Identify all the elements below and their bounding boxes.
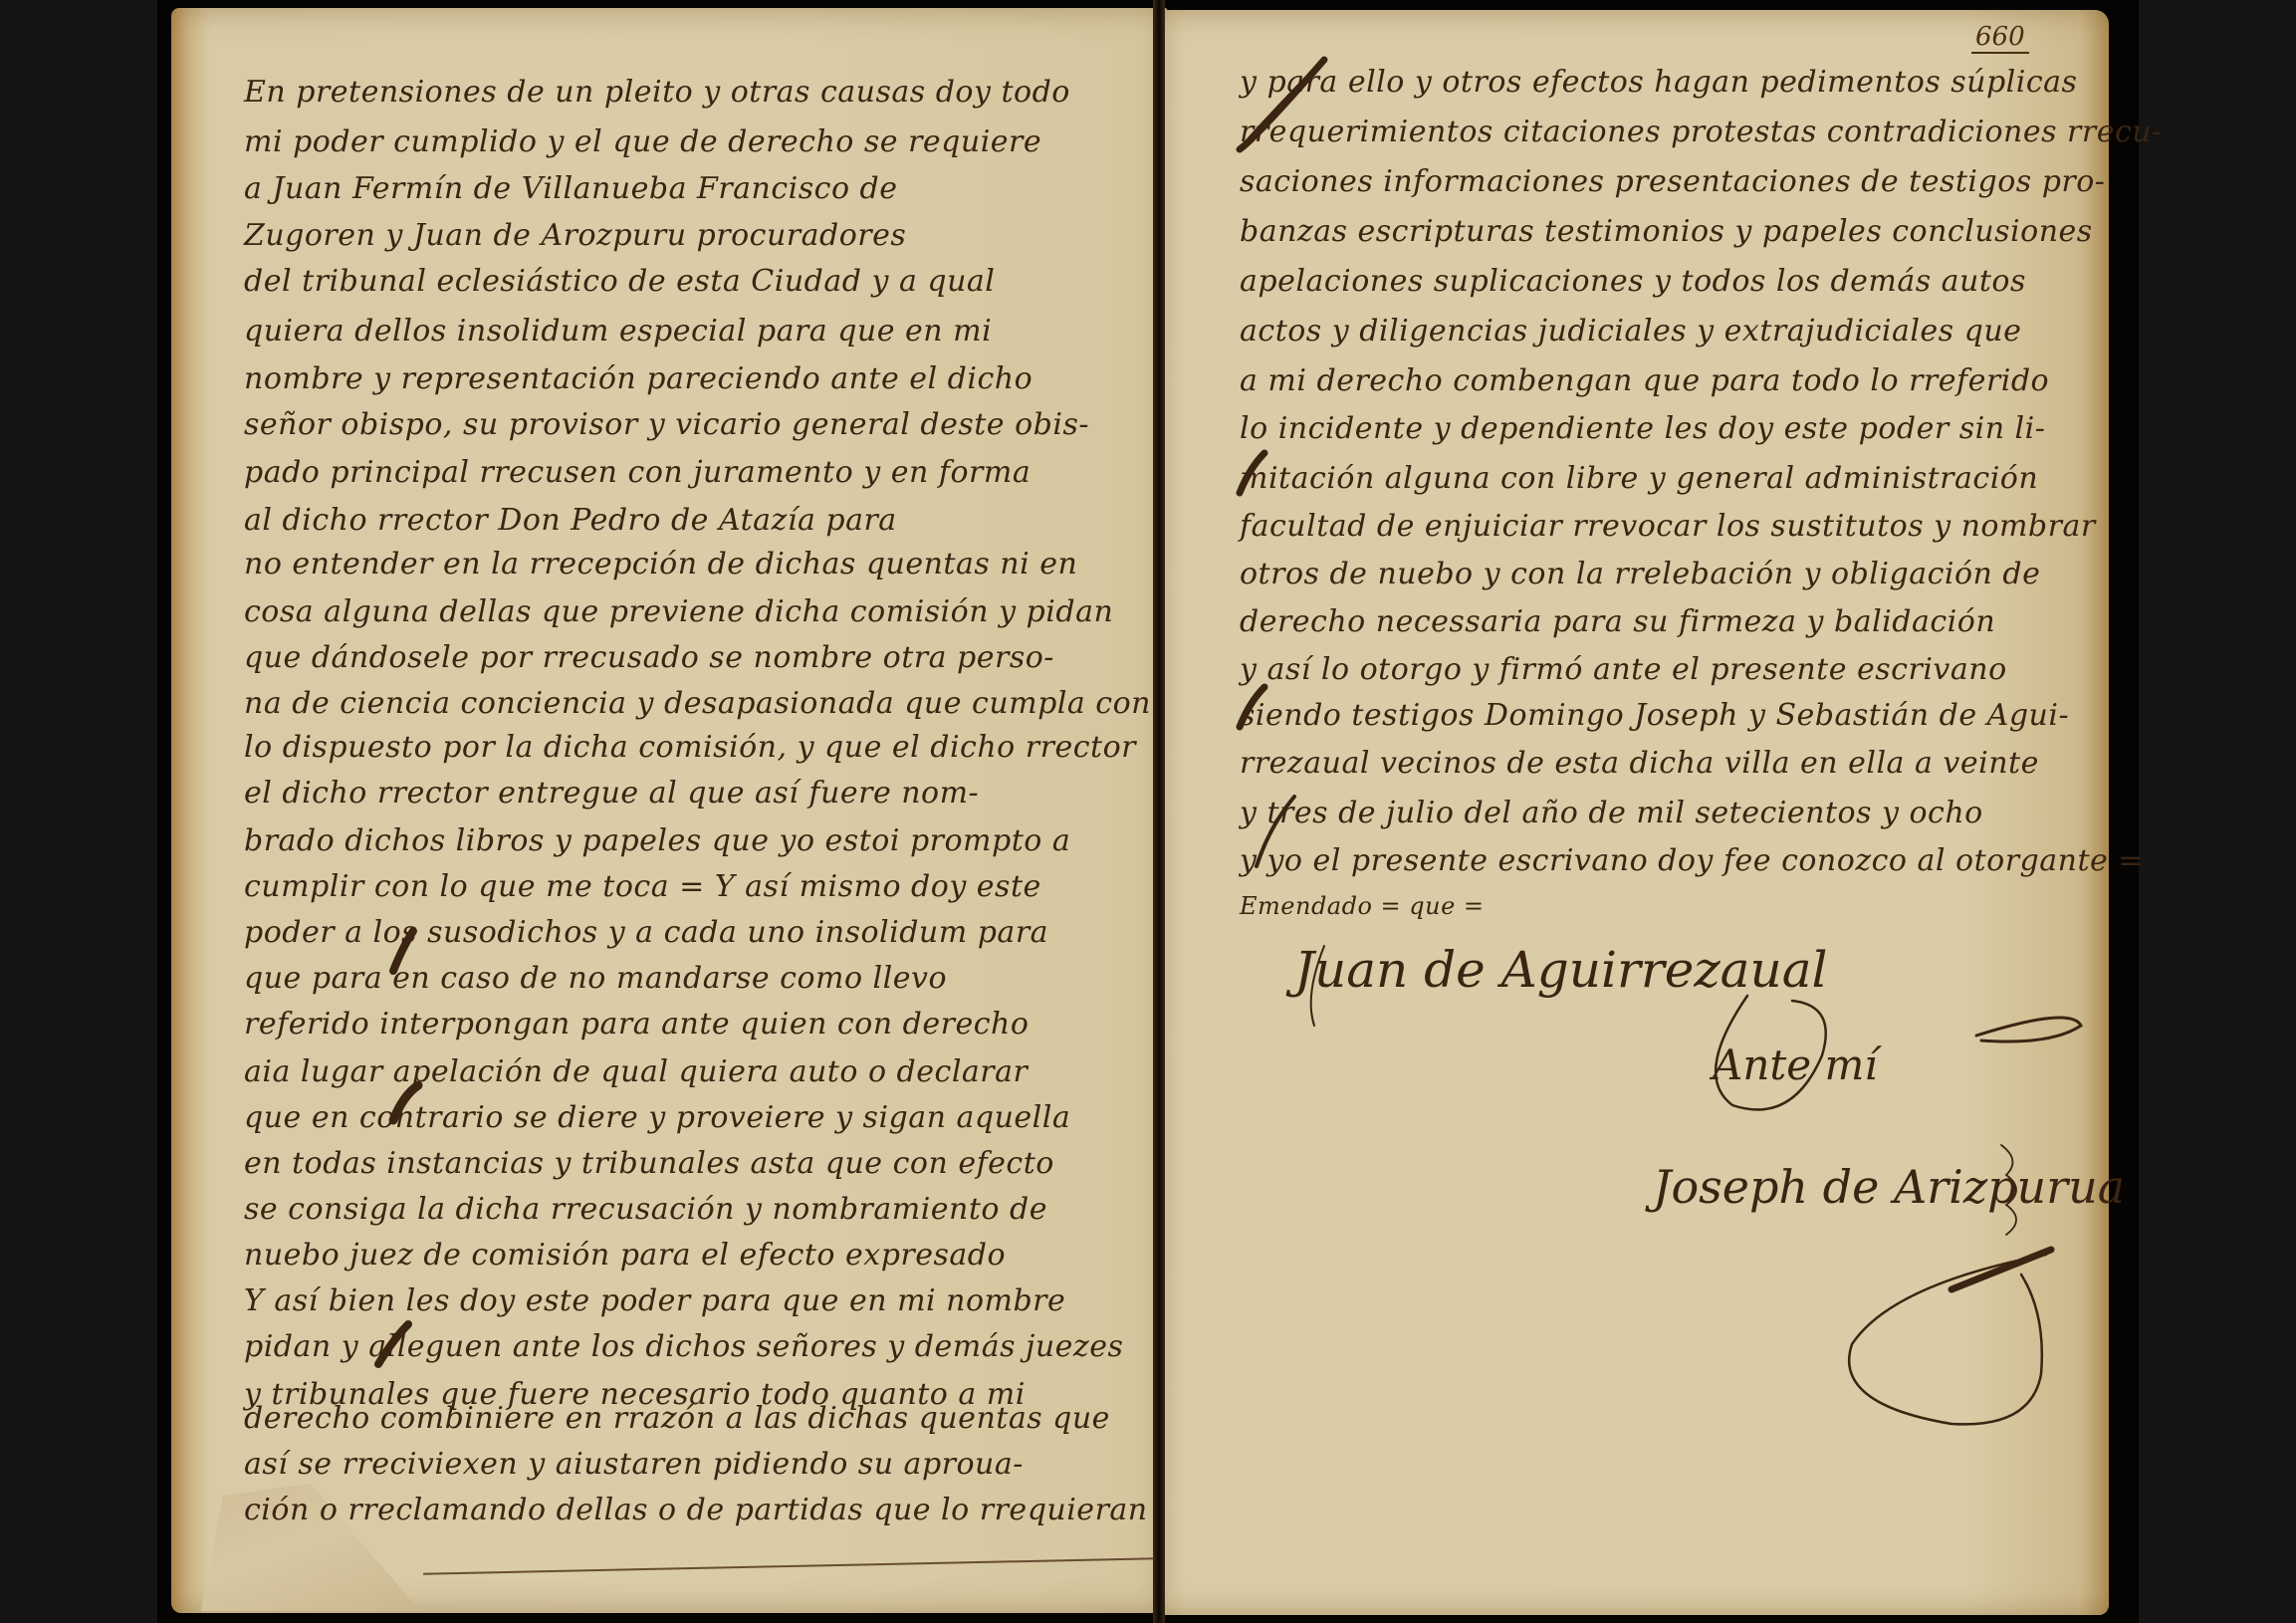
pen-flourishes: [0, 0, 2296, 1623]
